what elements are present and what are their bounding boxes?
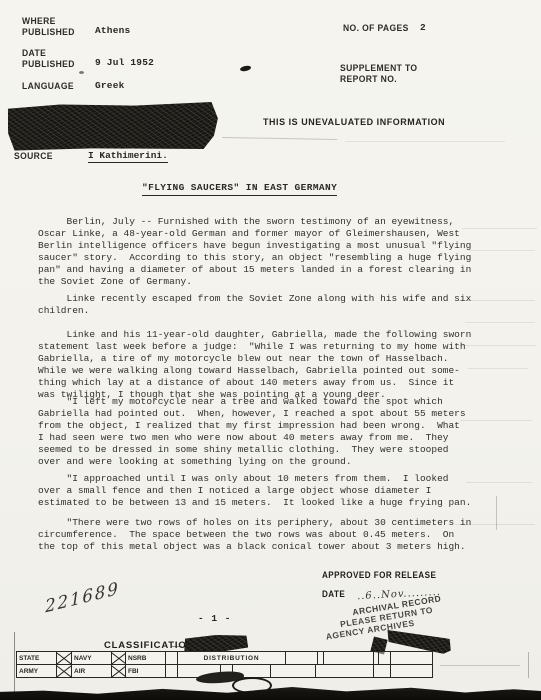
distribution-header-cell: DISTRIBUTION xyxy=(178,652,286,664)
scan-streak xyxy=(455,524,535,525)
supplement-to-label: SUPPLEMENT TO REPORT NO. xyxy=(340,63,417,84)
empty-cell xyxy=(379,652,391,664)
empty-cell xyxy=(166,665,178,677)
language-value: Greek xyxy=(95,80,125,91)
scanned-document-page: WHERE PUBLISHED Athens DATE PUBLISHED 9 … xyxy=(0,0,541,700)
empty-cell xyxy=(166,652,178,664)
empty-cell xyxy=(374,665,391,677)
approved-for-release-stamp: APPROVED FOR RELEASE xyxy=(322,570,436,580)
scan-streak xyxy=(466,482,532,483)
agency-cell-nsrb: NSRB xyxy=(126,652,166,664)
scan-streak xyxy=(460,420,532,421)
where-published-label: WHERE PUBLISHED xyxy=(22,16,75,37)
body-paragraph-2: Linke recently escaped from the Soviet Z… xyxy=(38,293,488,317)
body-paragraph-1: Berlin, July -- Furnished with the sworn… xyxy=(38,216,488,289)
scan-edge-line xyxy=(14,632,15,692)
scan-mark xyxy=(496,496,497,530)
scan-streak xyxy=(345,141,505,142)
body-paragraph-3: Linke and his 11-year-old daughter, Gabr… xyxy=(38,329,488,402)
ink-smudge xyxy=(79,71,84,74)
empty-cell xyxy=(271,665,316,677)
handwritten-number: 221689 xyxy=(45,578,120,617)
date-published-label: DATE PUBLISHED xyxy=(22,48,75,69)
checkbox-x-icon xyxy=(57,652,72,664)
source-value: I Kathimerini. xyxy=(88,150,168,163)
agency-cell-state: STATE xyxy=(17,652,57,664)
agency-cell-air: AIR xyxy=(72,665,112,677)
unevaluated-information-notice: THIS IS UNEVALUATED INFORMATION xyxy=(263,117,445,128)
no-of-pages-label: NO. OF PAGES xyxy=(343,23,409,34)
scan-mark xyxy=(528,652,529,678)
scan-streak xyxy=(468,368,528,369)
agency-cell-army: ARMY xyxy=(17,665,57,677)
scan-streak xyxy=(458,345,536,346)
scan-streak xyxy=(470,250,535,251)
language-label: LANGUAGE xyxy=(22,81,74,92)
checkbox-x-icon xyxy=(57,665,72,677)
page-number: - 1 - xyxy=(198,613,232,624)
no-of-pages-value: 2 xyxy=(420,22,426,33)
agency-cell-fbi: FBI xyxy=(126,665,166,677)
scan-streak xyxy=(462,228,537,229)
body-paragraph-5: "I approached until I was only about 10 … xyxy=(38,473,488,509)
scan-streak xyxy=(222,137,337,140)
scan-streak xyxy=(455,300,535,301)
empty-cell xyxy=(391,665,432,677)
empty-cell xyxy=(286,652,318,664)
ink-blot xyxy=(240,65,252,71)
scan-streak xyxy=(465,322,535,323)
document-title: "FLYING SAUCERS" IN EAST GERMANY xyxy=(142,182,337,196)
source-label: SOURCE xyxy=(14,151,53,162)
checkbox-x-icon xyxy=(112,665,126,677)
where-published-value: Athens xyxy=(95,25,130,36)
body-paragraph-6: "There were two rows of holes on its per… xyxy=(38,517,488,553)
empty-cell xyxy=(316,665,374,677)
redaction-block xyxy=(8,102,218,151)
empty-cell xyxy=(391,652,432,664)
scan-streak xyxy=(440,665,520,666)
date-published-value: 9 Jul 1952 xyxy=(95,57,154,68)
empty-cell xyxy=(324,652,374,664)
distribution-table-row-1: STATE NAVY NSRB DISTRIBUTION xyxy=(17,652,432,664)
approved-date-label: DATE xyxy=(322,589,345,599)
body-paragraph-4: "I left my motorcycle near a tree and wa… xyxy=(38,396,488,469)
checkbox-x-icon xyxy=(112,652,126,664)
agency-cell-navy: NAVY xyxy=(72,652,112,664)
classification-dash xyxy=(172,646,182,647)
